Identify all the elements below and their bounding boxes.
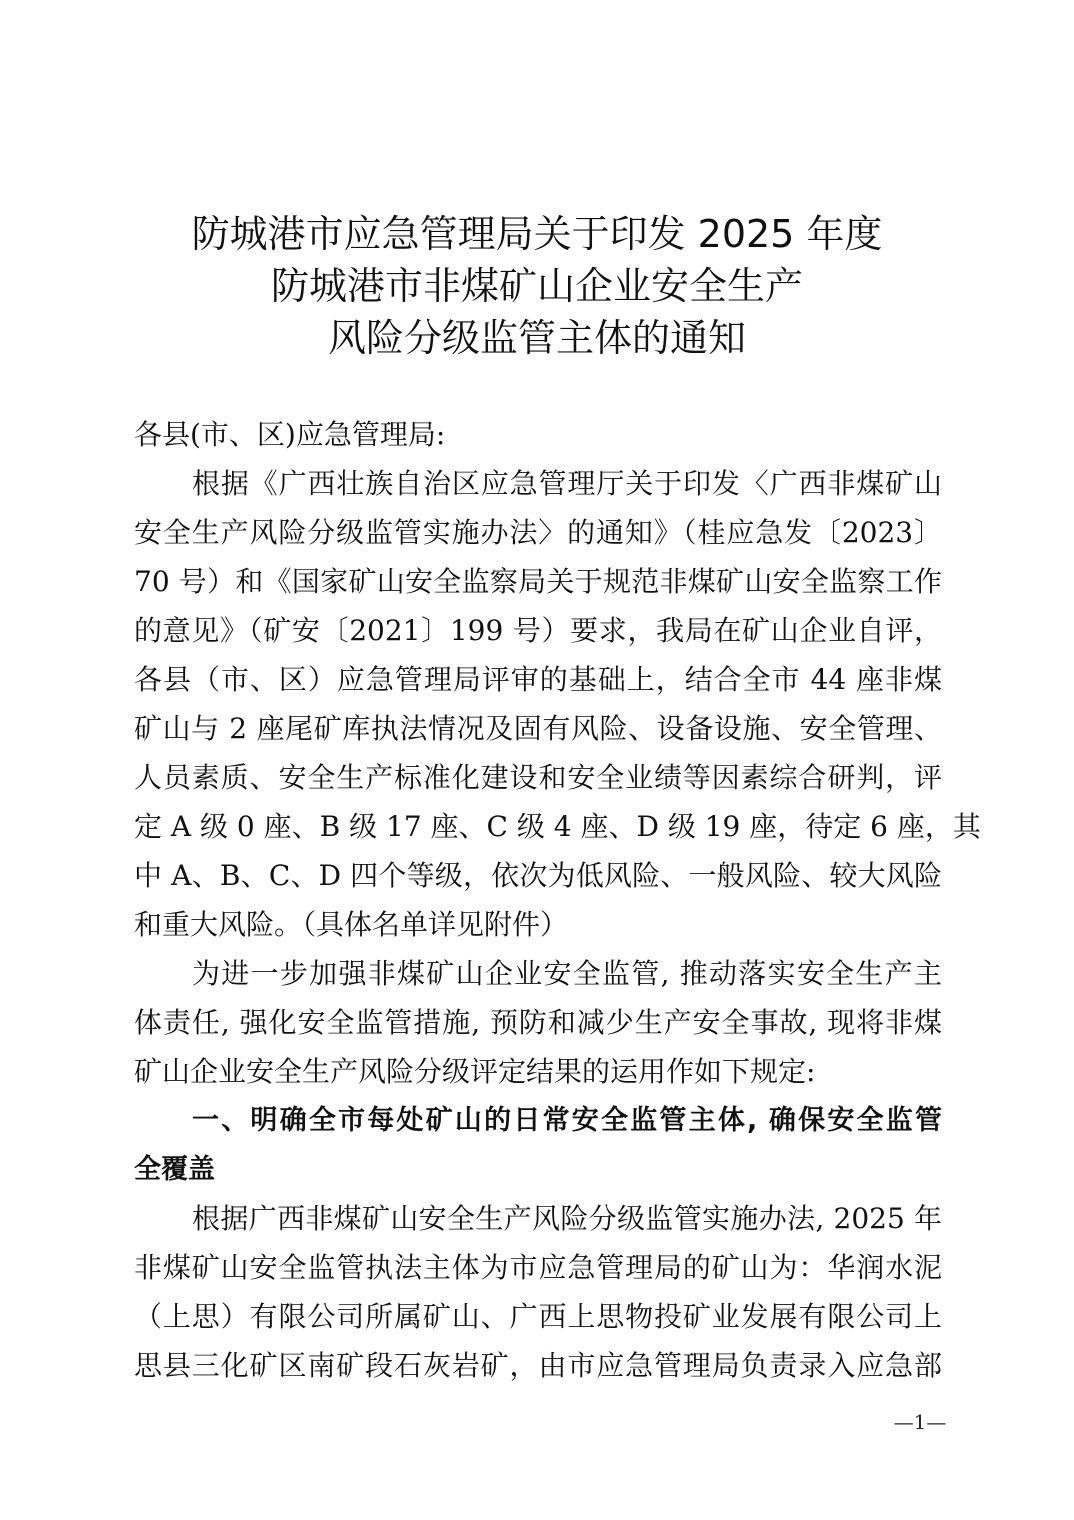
paragraph-line: 和重大风险。（具体名单详见附件） [134, 900, 942, 949]
heading-line: 全覆盖 [134, 1145, 942, 1194]
paragraph-1: 根据《广西壮族自治区应急管理厅关于印发〈广西非煤矿山 安全生产风险分级监管实施办… [134, 459, 942, 949]
heading-line: 一、明确全市每处矿山的日常安全监管主体, 确保安全监管 [134, 1096, 942, 1145]
paragraph-line: 的意见》（矿安〔2021〕199 号）要求，我局在矿山企业自评， [134, 606, 942, 655]
paragraph-line: 根据《广西壮族自治区应急管理厅关于印发〈广西非煤矿山 [134, 459, 942, 508]
paragraph-line: 非煤矿山安全监管执法主体为市应急管理局的矿山为：华润水泥 [134, 1243, 942, 1292]
paragraph-line: 各县（市、区）应急管理局评审的基础上，结合全市 44 座非煤 [134, 655, 942, 704]
paragraph-line: 思县三化矿区南矿段石灰岩矿，由市应急管理局负责录入应急部 [134, 1341, 942, 1390]
salutation: 各县(市、区)应急管理局: [134, 410, 942, 459]
document-body: 各县(市、区)应急管理局: 根据《广西壮族自治区应急管理厅关于印发〈广西非煤矿山… [134, 410, 942, 1390]
paragraph-line: 70 号）和《国家矿山安全监察局关于规范非煤矿山安全监察工作 [134, 557, 942, 606]
document-page: 防城港市应急管理局关于印发 2025 年度 防城港市非煤矿山企业安全生产 风险分… [0, 0, 1074, 1520]
paragraph-3: 根据广西非煤矿山安全生产风险分级监管实施办法, 2025 年 非煤矿山安全监管执… [134, 1194, 942, 1390]
paragraph-line: 矿山企业安全生产风险分级评定结果的运用作如下规定: [134, 1047, 942, 1096]
section-1-heading: 一、明确全市每处矿山的日常安全监管主体, 确保安全监管 全覆盖 [134, 1096, 942, 1194]
title-line-1: 防城港市应急管理局关于印发 2025 年度 [0, 208, 1074, 260]
title-line-3: 风险分级监管主体的通知 [0, 312, 1074, 364]
paragraph-2: 为进一步加强非煤矿山企业安全监管, 推动落实安全生产主 体责任, 强化安全监管措… [134, 949, 942, 1096]
paragraph-line: 定 A 级 0 座、B 级 17 座、C 级 4 座、D 级 19 座，待定 6… [134, 802, 942, 851]
paragraph-line: 人员素质、安全生产标准化建设和安全业绩等因素综合研判，评 [134, 753, 942, 802]
document-title: 防城港市应急管理局关于印发 2025 年度 防城港市非煤矿山企业安全生产 风险分… [0, 208, 1074, 364]
title-line-2: 防城港市非煤矿山企业安全生产 [0, 260, 1074, 312]
paragraph-line: 矿山与 2 座尾矿库执法情况及固有风险、设备设施、安全管理、 [134, 704, 942, 753]
paragraph-line: 中 A、B、C、D 四个等级，依次为低风险、一般风险、较大风险 [134, 851, 942, 900]
paragraph-line: （上思）有限公司所属矿山、广西上思物投矿业发展有限公司上 [134, 1292, 942, 1341]
page-number: —1— [880, 1410, 960, 1434]
paragraph-line: 体责任, 强化安全监管措施, 预防和减少生产安全事故, 现将非煤 [134, 998, 942, 1047]
paragraph-line: 为进一步加强非煤矿山企业安全监管, 推动落实安全生产主 [134, 949, 942, 998]
paragraph-line: 安全生产风险分级监管实施办法〉的通知》（桂应急发〔2023〕 [134, 508, 942, 557]
paragraph-line: 根据广西非煤矿山安全生产风险分级监管实施办法, 2025 年 [134, 1194, 942, 1243]
